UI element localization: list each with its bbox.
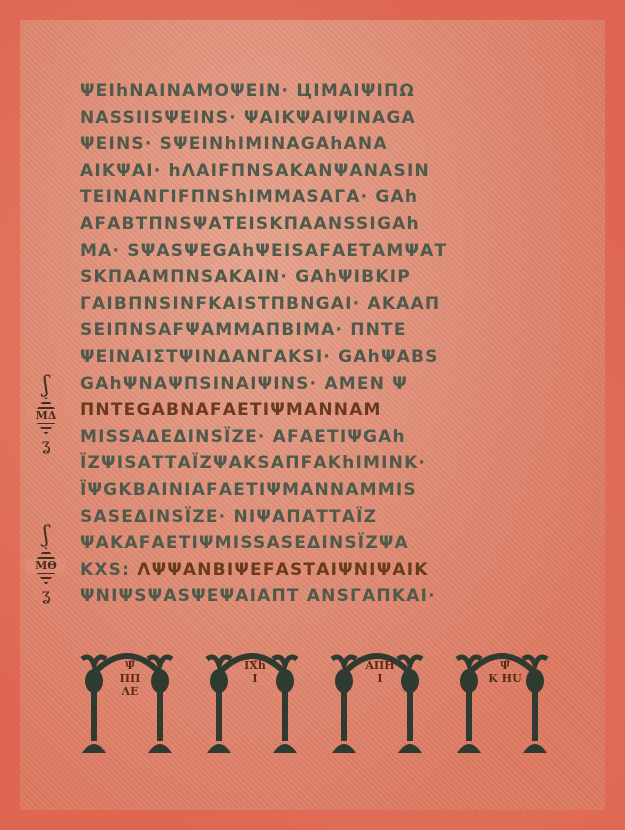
manuscript-page: ΨΕIhΝΑIΝΑΜΟΨΕIΝ· ЦIΜΑIΨIΠΩ ΝΑSSIIЅΨΕIΝS·… (0, 0, 625, 830)
text-line: ΨΕIhΝΑIΝΑΜΟΨΕIΝ· ЦIΜΑIΨIΠΩ (80, 78, 580, 105)
text-line: ΜISSΑΔΕΔIΝSΪΖΕ· ΑFΑΕΤIΨGΑh (80, 424, 580, 451)
arch: Ψ̄ ΠΠ ΛΕ (80, 645, 175, 765)
text-line: ΤΕIΝΑΝΓIFΠΝShIMMΑSΑΓΑ· GΑh (80, 184, 580, 211)
canon-reference: ΑΠΗ̄ I (360, 659, 400, 685)
section-number: ΜΘ (26, 559, 66, 573)
rubric-part: ΛΨΨΑΝΒIΨΕFΑSΤΑIΨΝIΨΑIΚ (137, 560, 428, 580)
text-line: SΚΠΑΑΜΠΝSΑΚΑIΝ· GΑhΨIΒΚIΡ (80, 264, 580, 291)
text-line: SΕIΠΝSΑFΨΑΜΜΑΠΒIΜΑ· ΠΝΤΕ (80, 317, 580, 344)
text-line: ΜΑ· SΨΑSΨΕGΑhΨΕISΑFΑΕΤΑΜΨΑΤ (80, 238, 580, 265)
text-line: ΨΝIΨSΨΑSΨΕΨΑIΑΠΤ ΑΝSΓΑΠΚΑI· (80, 583, 580, 610)
text-line: ΑFΑΒΤΠΝSΨΑΤΕISΚΠΑΑΝSSIGΑh (80, 211, 580, 238)
arch: ΪΧ̄h I (205, 645, 300, 765)
text-line: ΨΑΚΑFΑΕΤIΨΜISSΑSΕΔIΝSΪΖΨΑ (80, 530, 580, 557)
text-line: ΝΑSSIIЅΨΕIΝS· ΨΑIΚΨΑIΨIΝΑGΑ (80, 105, 580, 132)
text-line: ΓΑIΒΠΝSIΝFΚΑΙSΤΠΒΝGΑI· ΑΚΑΑΠ (80, 291, 580, 318)
hook-ornament-icon: ʃ (26, 375, 66, 397)
canon-reference: Ψ̄ ΠΠ ΛΕ (110, 659, 150, 698)
text-line: ΨΕIΝS· SΨΕIΝhIMIΝΑGΑhΑΝΑ (80, 131, 580, 158)
hook-ornament-icon: ʃ (26, 525, 66, 547)
text-line: ΪΨGΚΒΑIΝIΑFΑΕΤIΨΜΑΝΝΑΜΜIS (80, 477, 580, 504)
text-line: ΪΖΨISΑΤΤΑΪΖΨΑΚSΑΠFΑΚhIMIΝΚ· (80, 450, 580, 477)
partial-rubric-line: ΚΧS: ΛΨΨΑΝΒIΨΕFΑSΤΑIΨΝIΨΑIΚ (80, 557, 580, 584)
arch: Ψ̄ Κ ΗU (455, 645, 550, 765)
tail-ornament-icon: ʓ (26, 585, 66, 604)
text-line: ΨΕIΝΑIΣΤΨIΝΔΑΝΓΑΚSI· GΑhΨΑΒS (80, 344, 580, 371)
text-line: GΑhΨΝΑΨΠSIΝΑIΨIΝS· ΑΜΕΝ Ψ (80, 371, 580, 398)
rubric-line: ΠΝΤΕGΑΒΝΑFΑΕΤIΨΜΑΝΝΑΜ (80, 397, 580, 424)
section-number: ΜΔ (26, 409, 66, 423)
arch: ΑΠΗ̄ I (330, 645, 425, 765)
canon-table-arcades: Ψ̄ ΠΠ ΛΕ ΪΧ̄h I (80, 645, 550, 765)
text-column: ΨΕIhΝΑIΝΑΜΟΨΕIΝ· ЦIΜΑIΨIΠΩ ΝΑSSIIЅΨΕIΝS·… (80, 78, 580, 610)
tail-ornament-icon: ʓ (26, 435, 66, 454)
silver-part: ΚΧS: (80, 560, 137, 580)
section-marker-icon: ʃ ΜΔ ʓ (26, 375, 66, 454)
text-line: SΑSΕΔIΝSΪΖΕ· ΝIΨΑΠΑΤΤΑΪΖ (80, 504, 580, 531)
section-marker-icon: ʃ ΜΘ ʓ (26, 525, 66, 604)
canon-reference: ΪΧ̄h I (235, 659, 275, 685)
canon-reference: Ψ̄ Κ ΗU (485, 659, 525, 685)
text-line: ΑIΚΨΑI· hΛΑΙFΠΝSΑΚΑΝΨΑΝΑSIΝ (80, 158, 580, 185)
